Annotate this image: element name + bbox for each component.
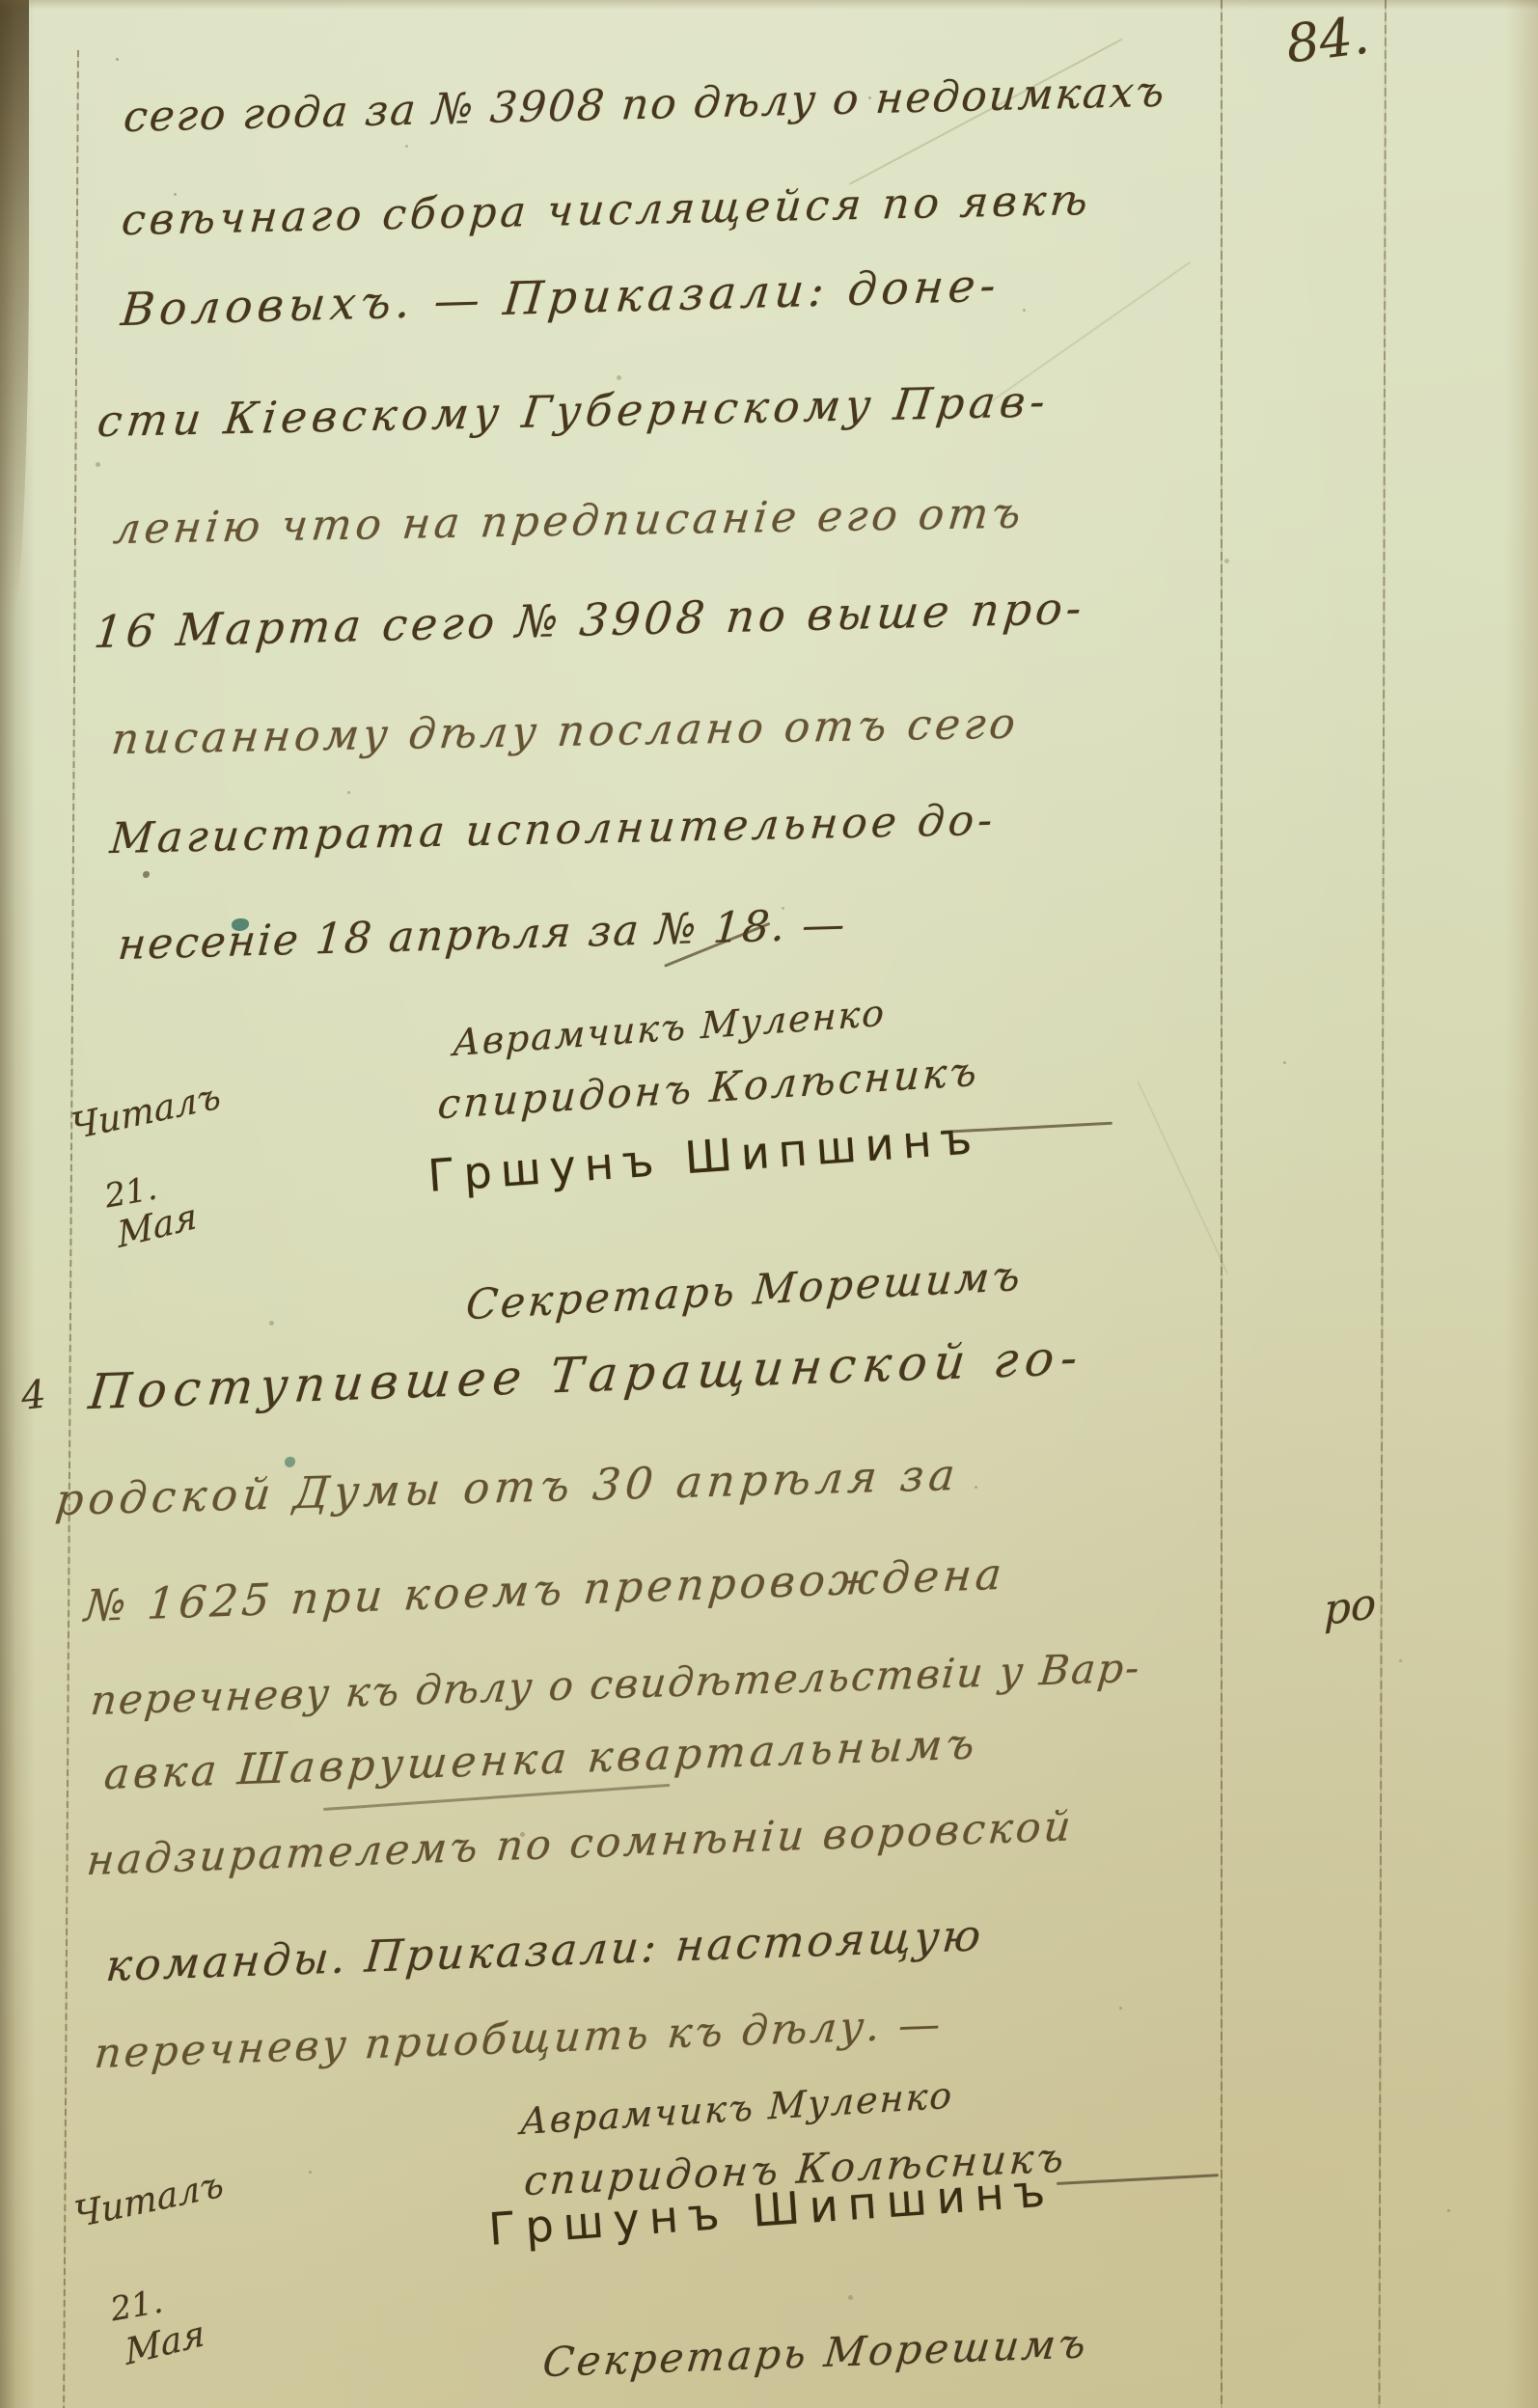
secretary-signature: Секретарь Морешимъ bbox=[541, 2323, 1091, 2383]
margin-note-read: Читалъ bbox=[72, 2166, 225, 2233]
manuscript-line: Магистрата исполнительное до- bbox=[108, 800, 998, 861]
manuscript-line: Поступившее Таращинской го- bbox=[87, 1333, 1086, 1416]
manuscript-line: авка Шаврушенка квартальнымъ bbox=[102, 1723, 979, 1796]
signature-line: Аврамчикъ Муленко bbox=[453, 995, 887, 1062]
manuscript-line: сти Кіевскому Губернскому Прав- bbox=[96, 379, 1053, 443]
margin-note-read: Читалъ bbox=[69, 1078, 222, 1145]
manuscript-line: 16 Марта сего № 3908 по выше про- bbox=[92, 586, 1086, 654]
paper-speckles bbox=[116, 58, 119, 61]
manuscript-line: перечневу къ дѣлу о свидѣтельствіи у Вар… bbox=[89, 1648, 1142, 1721]
signature-line: Аврамчикъ Муленко bbox=[519, 2077, 954, 2141]
page-top-edge bbox=[0, 0, 1538, 10]
page-number: 84. bbox=[1283, 10, 1372, 71]
manuscript-line: сего года за № 3908 по дѣлу о недоимкахъ bbox=[122, 71, 1167, 139]
manuscript-line: перечневу приобщить къ дѣлу. — bbox=[93, 2004, 945, 2075]
manuscript-line: надзирателемъ по сомнѣніи воровской bbox=[85, 1806, 1075, 1882]
margin-catchword: ро bbox=[1324, 1582, 1376, 1632]
signature-line: спиридонъ Колѣсникъ bbox=[436, 1052, 980, 1126]
page-right-edge bbox=[1505, 0, 1538, 2408]
right-margin-rule-inner bbox=[1221, 0, 1222, 2408]
ink-blot-teal bbox=[285, 1457, 295, 1467]
left-margin-rule bbox=[63, 50, 79, 2408]
ink-blot bbox=[143, 871, 150, 878]
manuscript-line: родской Думы отъ 30 апрѣля за bbox=[54, 1453, 962, 1521]
signature-underline bbox=[1057, 2174, 1219, 2185]
manuscript-line: свѣчнаго сбора числящейся по явкѣ bbox=[120, 179, 1093, 242]
manuscript-line: № 1625 при коемъ препровождена bbox=[83, 1552, 1007, 1628]
margin-note-day: 21. bbox=[108, 2285, 165, 2327]
manuscript-page: 84. сего года за № 3908 по дѣлу о недоим… bbox=[0, 0, 1538, 2408]
right-margin-rule-outer bbox=[1378, 0, 1387, 2408]
secretary-signature: Секретарь Морешимъ bbox=[464, 1256, 1025, 1327]
signature-line-block-letters: Гршунъ Шипшинъ bbox=[426, 1115, 981, 1198]
manuscript-line: Воловыхъ. — Приказали: доне- bbox=[120, 263, 1002, 334]
manuscript-line: команды. Приказали: настоящую bbox=[104, 1913, 985, 1987]
manuscript-line: ленію что на предписаніе его отъ bbox=[111, 493, 1026, 552]
margin-entry-number: 4 bbox=[19, 1375, 47, 1415]
scratch-mark bbox=[1137, 1081, 1228, 1273]
manuscript-line: писанному дѣлу послано отъ сего bbox=[109, 703, 1021, 761]
